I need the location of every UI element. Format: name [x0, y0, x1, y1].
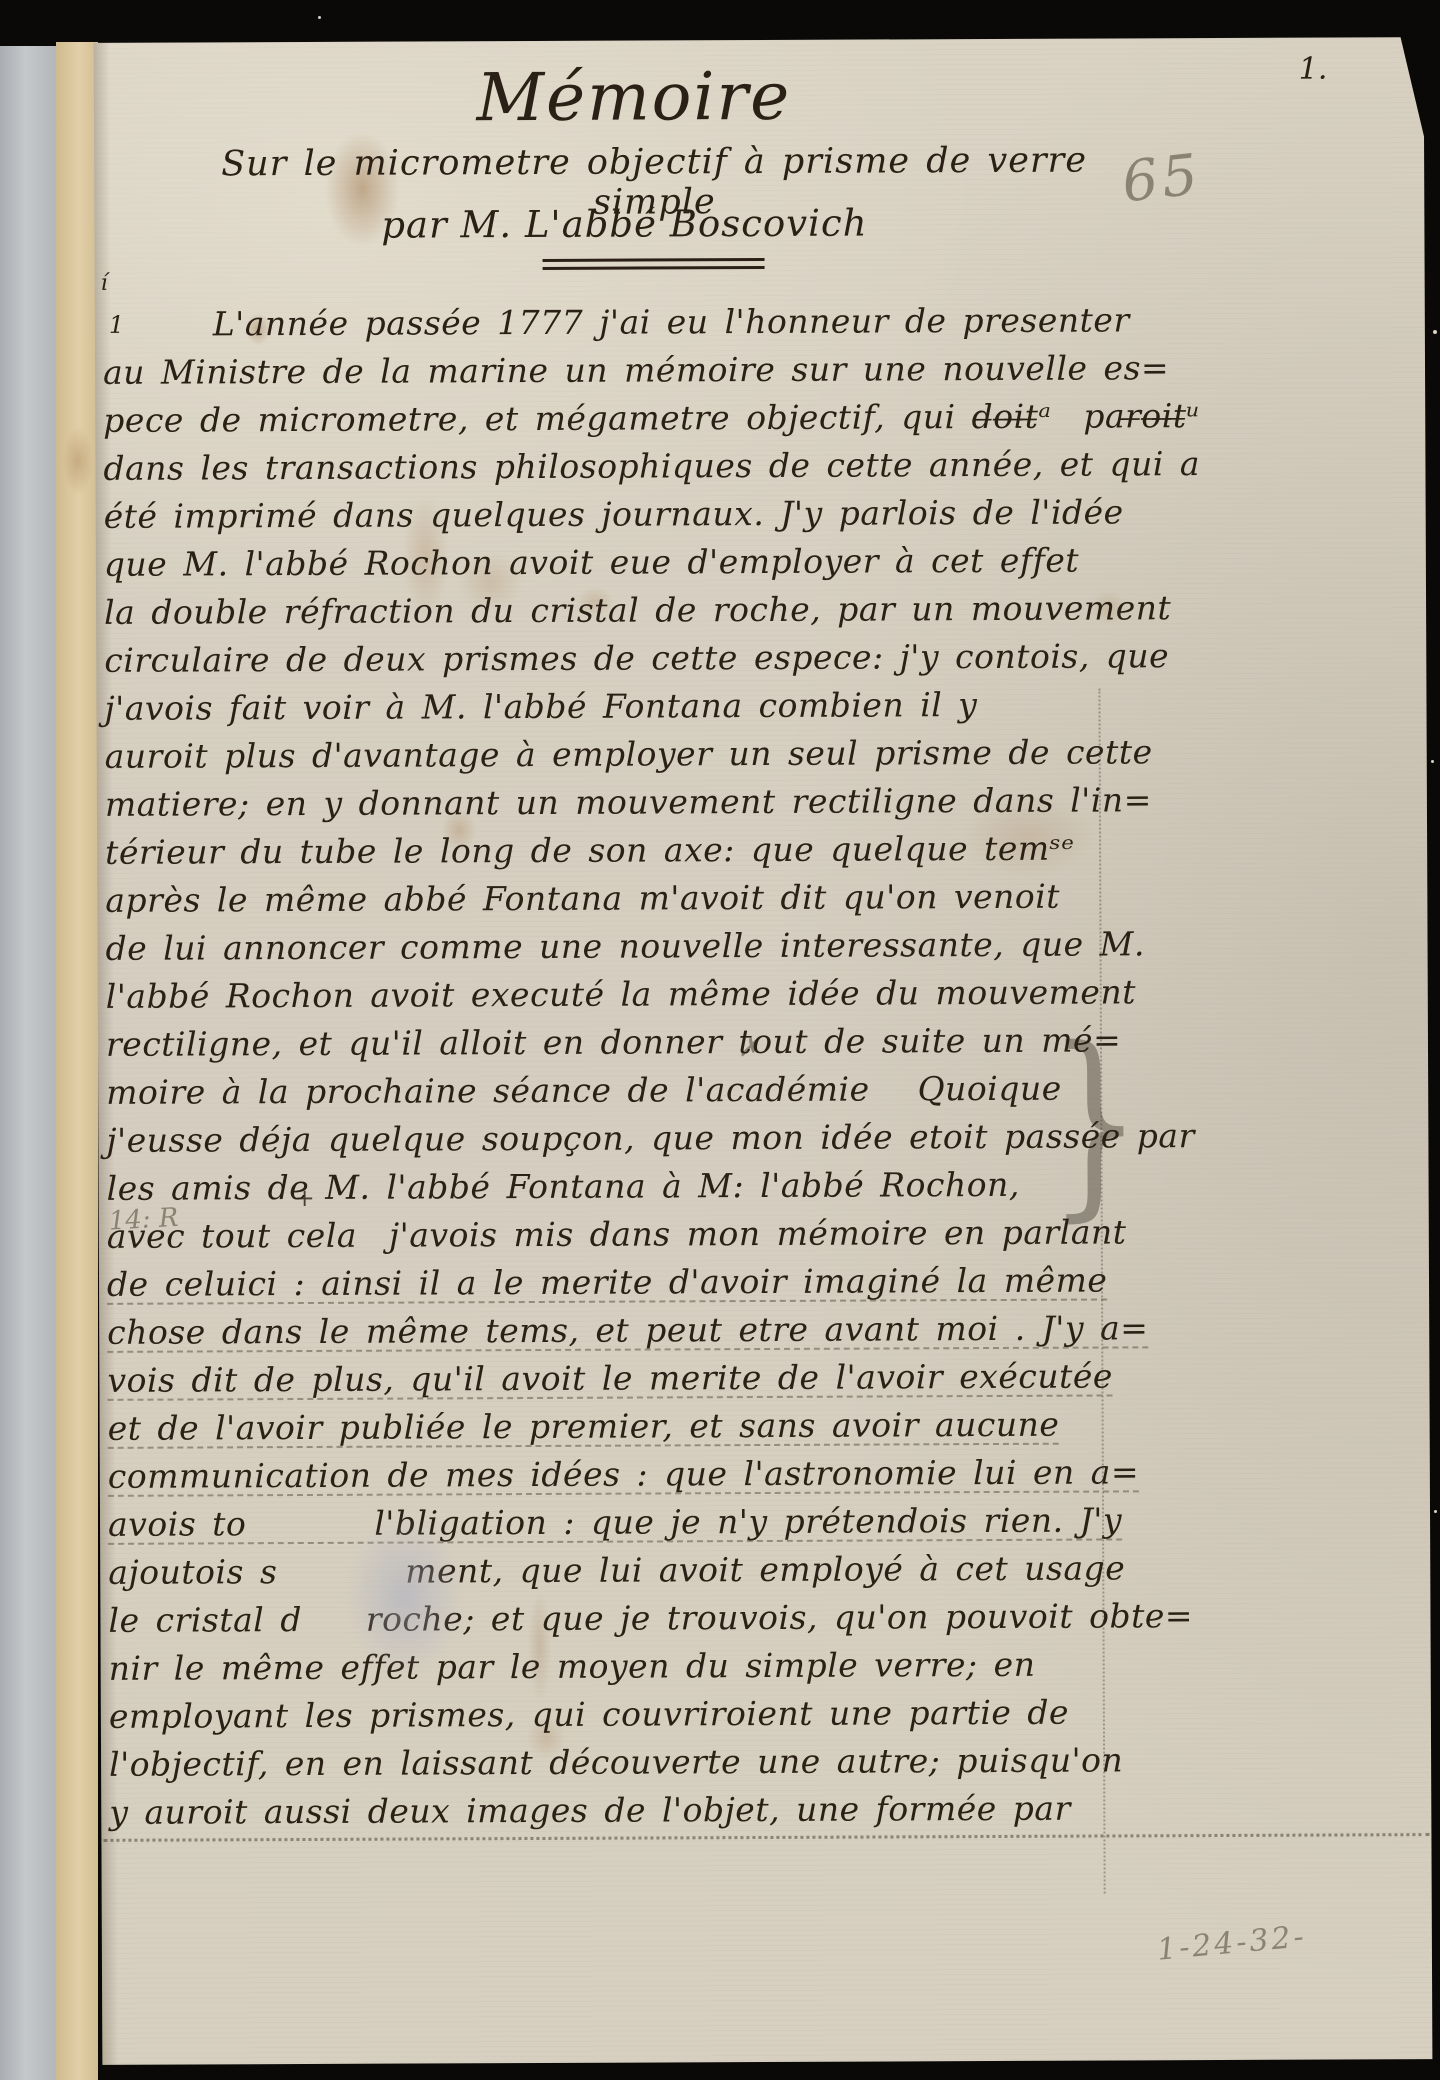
manuscript-line: après le même abbé Fontana m'avoit dit q… — [105, 876, 1165, 929]
paper-repair-smudge — [328, 1493, 481, 1699]
manuscript-page: 1. 65 Mémoire Sur le micrometre objectif… — [94, 37, 1433, 2065]
manuscript-line: que M. l'abbé Rochon avoit eue d'employe… — [104, 540, 1164, 593]
dust-speck — [1434, 1510, 1437, 1513]
page-corner-cut — [1396, 35, 1426, 145]
dust-speck — [1433, 330, 1437, 334]
scanned-manuscript: { "page": { "folio_number": "1.", "penci… — [0, 0, 1440, 2080]
body-lines: L'année passée 1777 j'ai eu l'honneur de… — [103, 300, 1170, 1841]
manuscript-line: circulaire de deux prismes de cette espe… — [104, 636, 1164, 689]
manuscript-line: été imprimé dans quelques journaux. J'y … — [104, 492, 1164, 545]
manuscript-line: au Ministre de la marine un mémoire sur … — [103, 348, 1163, 401]
manuscript-line: nir le même effet par le moyen du simple… — [109, 1644, 1169, 1697]
paragraph-tick-mark: í — [101, 271, 108, 296]
manuscript-line: L'année passée 1777 j'ai eu l'honneur de… — [103, 300, 1163, 353]
manuscript-line: j'eusse déja quelque soupçon, que mon id… — [106, 1116, 1166, 1169]
page-title: Mémoire — [354, 57, 914, 136]
manuscript-line: térieur du tube le long de son axe: que … — [105, 828, 1165, 881]
manuscript-line: matiere; en y donnant un mouvement recti… — [105, 780, 1165, 833]
byline-double-underline — [543, 258, 765, 270]
folio-number: 1. — [1299, 52, 1328, 87]
manuscript-line: le cristal d roche; et que je trouvois, … — [108, 1596, 1168, 1649]
manuscript-line: dans les transactions philosophiques de … — [103, 444, 1163, 497]
manuscript-line: l'objectif, en en laissant découverte un… — [109, 1740, 1169, 1793]
dust-speck — [1431, 760, 1434, 763]
manuscript-line: pece de micrometre, et mégametre objecti… — [103, 396, 1163, 449]
dust-speck — [318, 16, 321, 19]
byline: par M. L'abbé Boscovich — [344, 201, 904, 246]
manuscript-line: les amis de M. l'abbé Fontana à M: l'abb… — [107, 1164, 1167, 1217]
manuscript-line: communication de mes idées : que l'astro… — [108, 1452, 1168, 1505]
manuscript-line: chose dans le même tems, et peut etre av… — [107, 1308, 1167, 1361]
manuscript-line: avois to l'bligation : que je n'y préten… — [108, 1500, 1168, 1553]
pencil-shelfmark: 1-24-32- — [1156, 1919, 1308, 1968]
manuscript-line: ajoutois s ment, que lui avoit employé à… — [108, 1548, 1168, 1601]
manuscript-line: avec tout cela j'avois mis dans mon mémo… — [107, 1212, 1167, 1265]
manuscript-line: de celuici : ainsi il a le merite d'avoi… — [107, 1260, 1167, 1313]
manuscript-line: vois dit de plus, qu'il avoit le merite … — [107, 1356, 1167, 1409]
manuscript-line: et de l'avoir publiée le premier, et san… — [108, 1404, 1168, 1457]
manuscript-line: l'abbé Rochon avoit executé la même idée… — [106, 972, 1166, 1025]
manuscript-line: auroit plus d'avantage à employer un seu… — [105, 732, 1165, 785]
manuscript-line: la double réfraction du cristal de roche… — [104, 588, 1164, 641]
binding-guard-strip — [56, 42, 98, 2080]
manuscript-line: y auroit aussi deux images de l'objet, u… — [109, 1788, 1169, 1841]
manuscript-line: rectiligne, et qu'il alloit en donner to… — [106, 1020, 1166, 1073]
underlying-page-edge — [0, 46, 56, 2080]
manuscript-line: employant les prismes, qui couvriroient … — [109, 1692, 1169, 1745]
manuscript-line: moire à la prochaine séance de l'académi… — [106, 1068, 1166, 1121]
manuscript-line: de lui annoncer comme une nouvelle inter… — [105, 924, 1165, 977]
manuscript-line: j'avois fait voir à M. l'abbé Fontana co… — [104, 684, 1164, 737]
